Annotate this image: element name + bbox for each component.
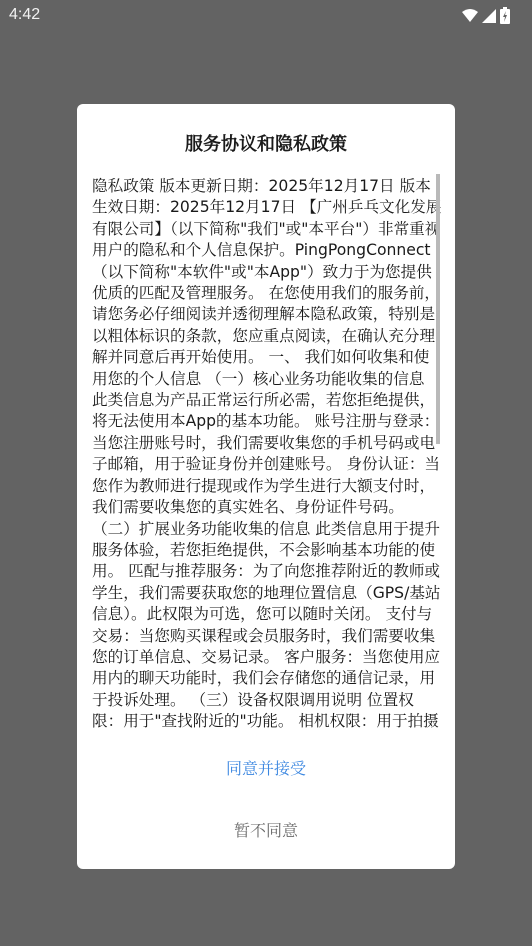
policy-scroll-area[interactable]: 隐私政策 版本更新日期：2025年12月17日 版本生效日期：2025年12月1… — [92, 176, 442, 734]
scrollbar[interactable] — [436, 174, 440, 444]
status-icons — [462, 7, 510, 24]
battery-charging-icon — [500, 7, 510, 24]
status-bar: 4:42 — [0, 0, 532, 30]
policy-text: 隐私政策 版本更新日期：2025年12月17日 版本生效日期：2025年12月1… — [92, 176, 442, 734]
status-time: 4:42 — [9, 6, 40, 24]
wifi-icon — [462, 9, 478, 22]
cellular-signal-icon — [482, 9, 496, 23]
accept-button[interactable]: 同意并接受 — [77, 746, 455, 789]
privacy-policy-dialog: 服务协议和隐私政策 隐私政策 版本更新日期：2025年12月17日 版本生效日期… — [77, 104, 455, 869]
dialog-title: 服务协议和隐私政策 — [77, 130, 455, 156]
decline-button[interactable]: 暂不同意 — [77, 808, 455, 851]
